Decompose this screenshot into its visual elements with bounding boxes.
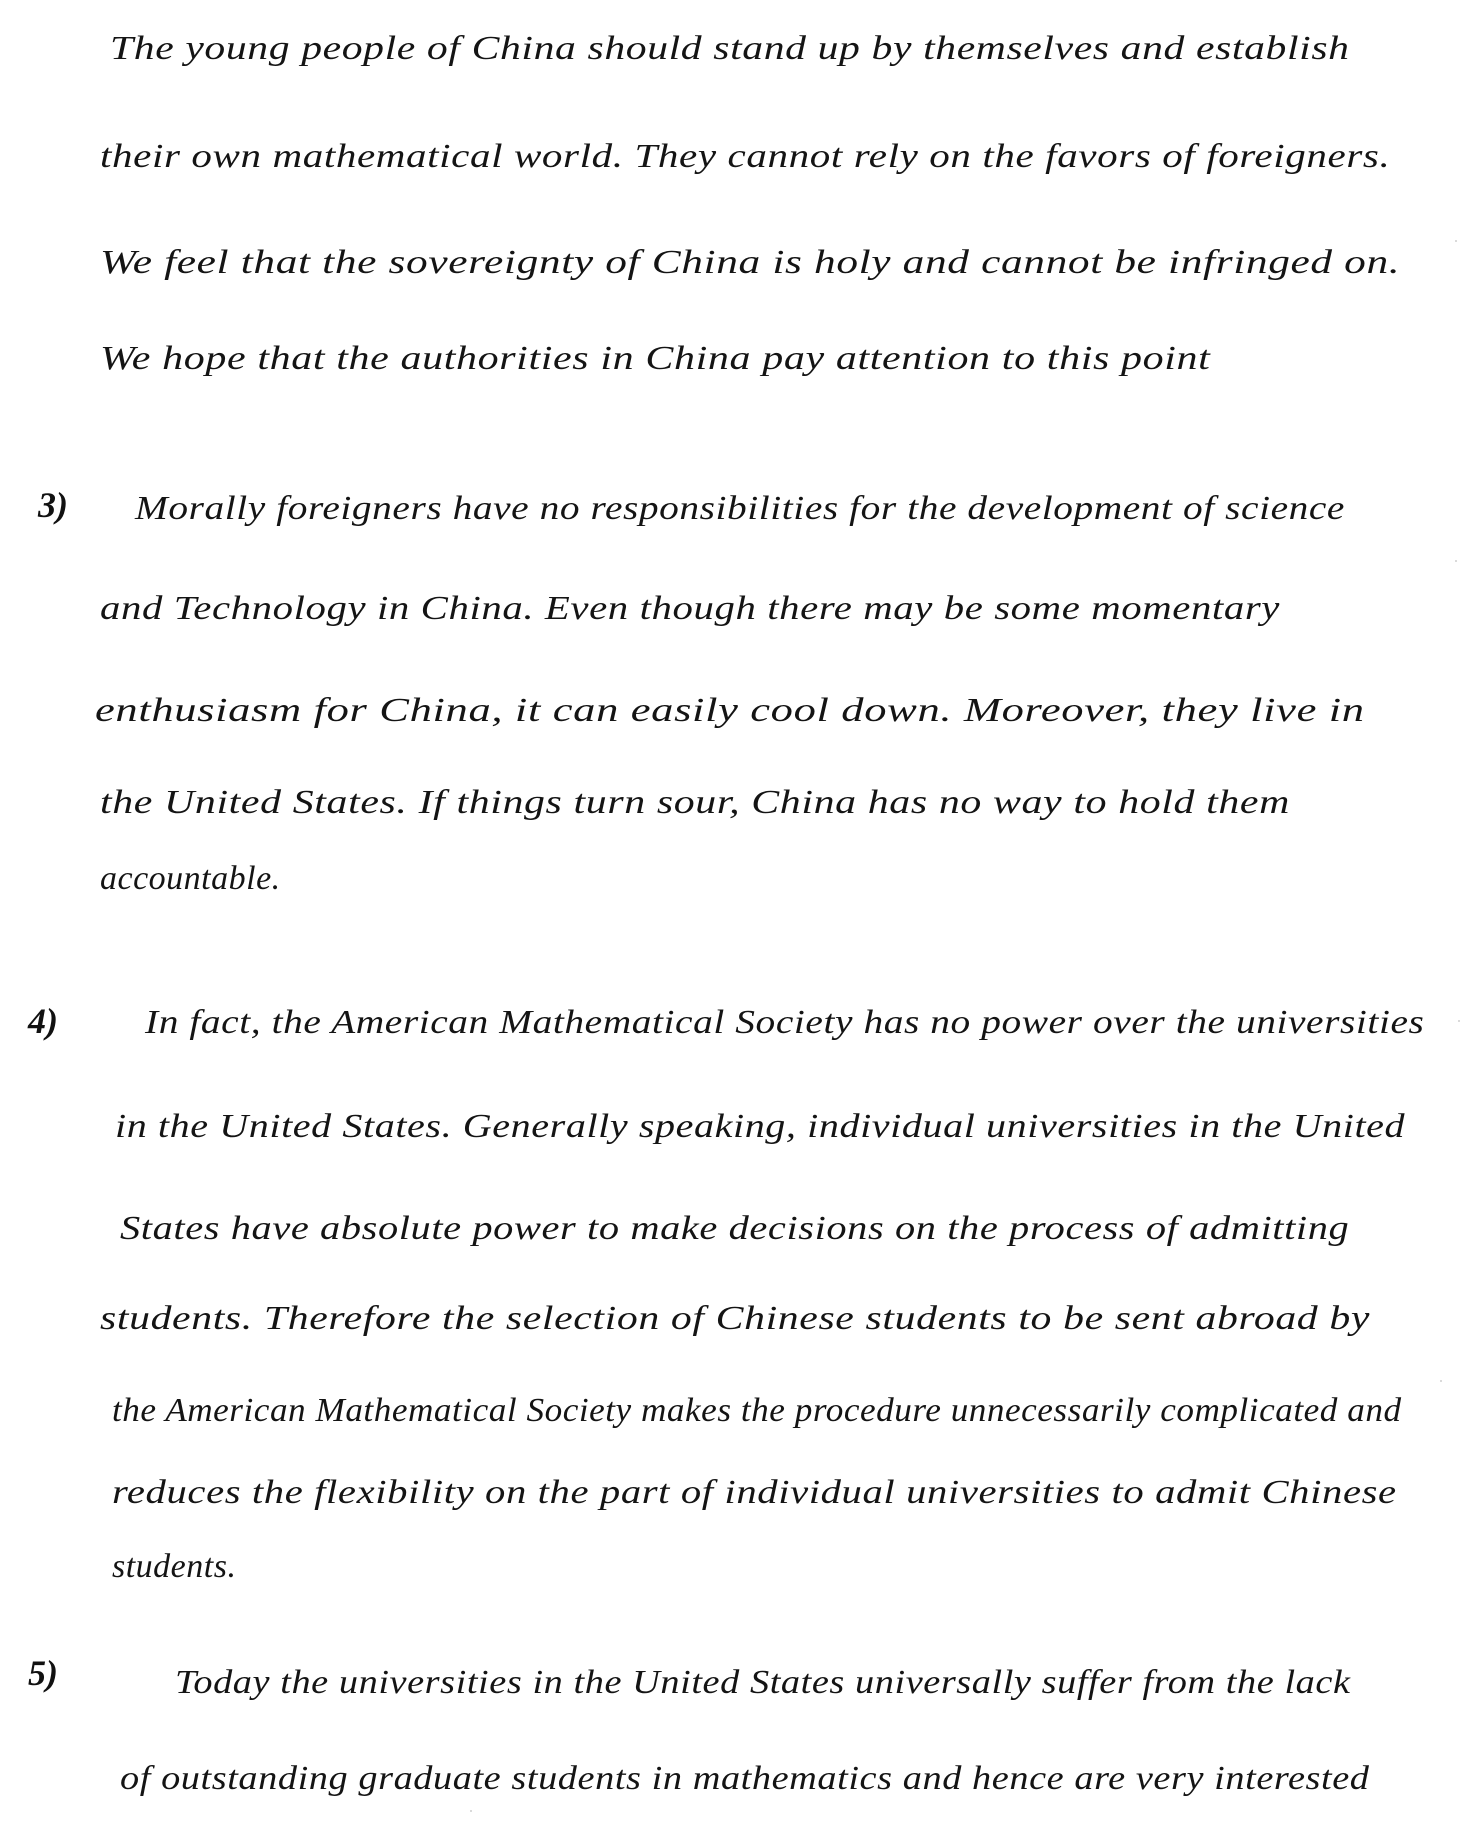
- item-number: 4): [28, 1000, 58, 1042]
- scan-speck: [1455, 560, 1457, 562]
- text-line: States have absolute power to make decis…: [120, 1210, 1349, 1248]
- text-line: their own mathematical world. They canno…: [100, 138, 1390, 176]
- text-line: reduces the flexibility on the part of i…: [112, 1474, 1397, 1512]
- text-line: students.: [112, 1548, 236, 1586]
- scan-speck: [470, 1810, 472, 1812]
- text-line: We feel that the sovereignty of China is…: [100, 244, 1400, 282]
- text-line: the United States. If things turn sour, …: [100, 784, 1290, 822]
- text-line: and Technology in China. Even though the…: [100, 590, 1280, 628]
- text-line: accountable.: [100, 860, 281, 898]
- scan-speck: [1455, 240, 1457, 242]
- text-line: We hope that the authorities in China pa…: [100, 340, 1210, 378]
- text-line: Today the universities in the United Sta…: [175, 1664, 1351, 1702]
- text-line: of outstanding graduate students in math…: [120, 1760, 1369, 1798]
- text-line: In fact, the American Mathematical Socie…: [145, 1004, 1424, 1042]
- text-line: Morally foreigners have no responsibilit…: [135, 490, 1345, 528]
- item-number: 3): [38, 484, 68, 526]
- item-number: 5): [28, 1652, 58, 1694]
- scan-speck: [1440, 1380, 1442, 1382]
- text-line: in the United States. Generally speaking…: [115, 1108, 1405, 1146]
- text-line: The young people of China should stand u…: [110, 30, 1350, 68]
- text-line: enthusiasm for China, it can easily cool…: [95, 692, 1365, 730]
- scan-speck: [1458, 1020, 1460, 1022]
- text-line: students. Therefore the selection of Chi…: [100, 1300, 1370, 1338]
- text-line: the American Mathematical Society makes …: [112, 1392, 1402, 1430]
- document-page: The young people of China should stand u…: [0, 0, 1462, 1841]
